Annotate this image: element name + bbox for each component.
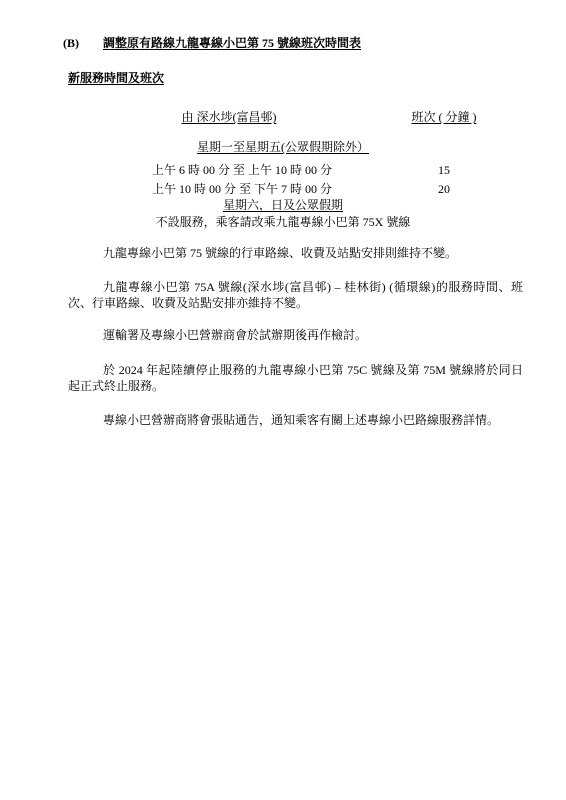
schedule-header-row: 由 深水埗(富昌邨) 班次 ( 分鐘 ) bbox=[68, 109, 498, 125]
weekend-heading-row: 星期六，日及公眾假期 bbox=[68, 197, 498, 213]
frequency-header: 班次 ( 分鐘 ) bbox=[412, 110, 477, 124]
body-paragraph: 運輸署及專線小巴營辦商會於試辦期後再作檢討。 bbox=[68, 327, 523, 343]
section-label: (B) bbox=[63, 35, 103, 51]
body-paragraph: 九龍專線小巴第 75A 號線(深水埗(富昌邨) – 桂林街) (循環線)的服務時… bbox=[68, 279, 523, 311]
service-period: 上午 6 時 00 分 至 上午 10 時 00 分 bbox=[68, 162, 390, 178]
frequency-header-cell: 班次 ( 分鐘 ) bbox=[390, 109, 498, 125]
body-text: 九龍專線小巴第 75 號線的行車路線、收費及站點安排則維持不變。 九龍專線小巴第… bbox=[68, 245, 523, 428]
frequency-value: 20 bbox=[390, 181, 498, 197]
body-paragraph: 專線小巴營辦商將會張貼通告，通知乘客有關上述專線小巴路線服務詳情。 bbox=[68, 412, 523, 428]
subheading: 新服務時間及班次 bbox=[68, 71, 164, 85]
weekday-heading: 星期一至星期五(公眾假期除外） bbox=[197, 140, 369, 154]
weekend-heading: 星期六，日及公眾假期 bbox=[223, 198, 343, 212]
schedule-table: 由 深水埗(富昌邨) 班次 ( 分鐘 ) 星期一至星期五(公眾假期除外） 上午 … bbox=[68, 109, 498, 230]
body-paragraph: 於 2024 年起陸續停止服務的九龍專線小巴第 75C 號線及第 75M 號線將… bbox=[68, 362, 523, 394]
section-title: 調整原有路線九龍專線小巴第 75 號線班次時間表 bbox=[103, 35, 361, 51]
body-paragraph: 九龍專線小巴第 75 號線的行車路線、收費及站點安排則維持不變。 bbox=[68, 245, 523, 261]
document-page: (B) 調整原有路線九龍專線小巴第 75 號線班次時間表 新服務時間及班次 由 … bbox=[0, 0, 566, 800]
service-period: 上午 10 時 00 分 至 下午 7 時 00 分 bbox=[68, 181, 390, 197]
frequency-value: 15 bbox=[390, 162, 498, 178]
weekend-note: 不設服務，乘客請改乘九龍專線小巴第 75X 號線 bbox=[68, 214, 498, 230]
origin-header: 由 深水埗(富昌邨) bbox=[182, 110, 277, 124]
section-title-row: (B) 調整原有路線九龍專線小巴第 75 號線班次時間表 bbox=[63, 35, 523, 51]
weekday-heading-row: 星期一至星期五(公眾假期除外） bbox=[68, 139, 498, 155]
table-row: 上午 10 時 00 分 至 下午 7 時 00 分 20 bbox=[68, 181, 498, 197]
subheading-row: 新服務時間及班次 bbox=[68, 70, 566, 86]
table-row: 上午 6 時 00 分 至 上午 10 時 00 分 15 bbox=[68, 162, 498, 178]
origin-header-cell: 由 深水埗(富昌邨) bbox=[68, 109, 390, 125]
